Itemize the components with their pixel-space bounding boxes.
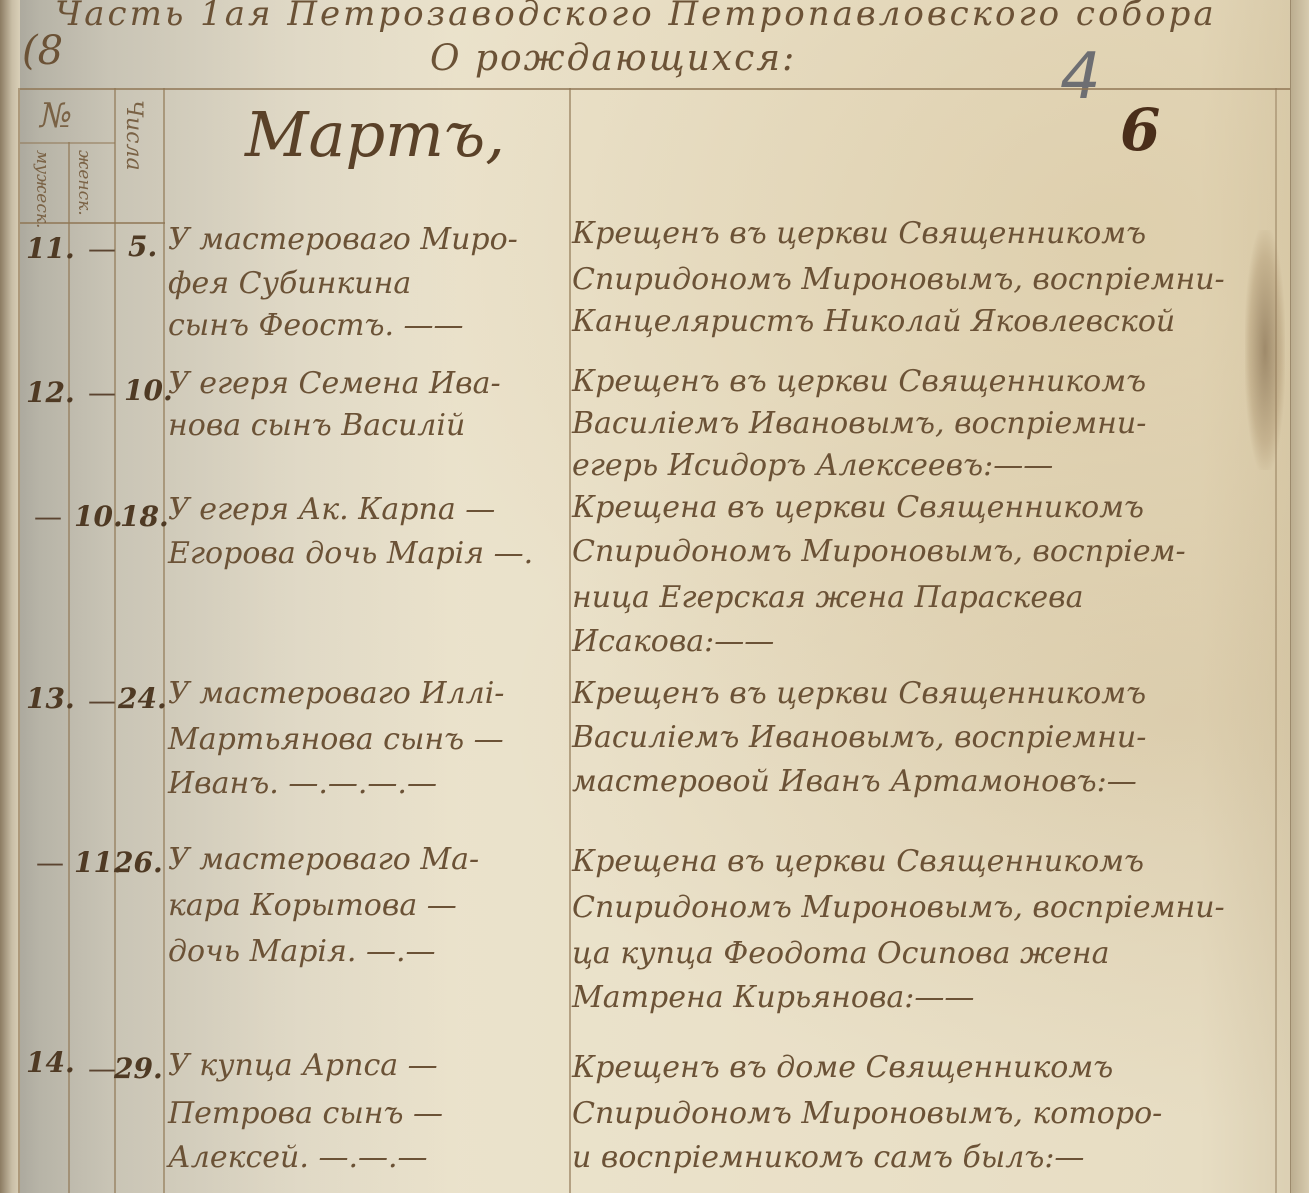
- birth-record-line: У мастероваго Иллі-: [168, 672, 504, 716]
- male-entry-number: 12.: [26, 376, 75, 409]
- male-entry-number: 11.: [26, 232, 75, 265]
- female-entry-number: 10.: [74, 500, 123, 533]
- birth-record-line: У мастероваго Миро-: [168, 218, 518, 262]
- birth-record-line: Петрова сынъ —: [168, 1092, 443, 1136]
- entry-day: 5.: [128, 230, 157, 263]
- column-rule-day: [163, 88, 165, 1193]
- document-page: Часть 1ая Петрозаводского Петропавловско…: [0, 0, 1309, 1193]
- column-rule-left: [18, 88, 20, 1193]
- column-header-males: мужеск.: [32, 150, 52, 228]
- birth-record-line: Иванъ. —.—.—.—: [168, 762, 437, 806]
- male-entry-number: 13.: [26, 682, 75, 715]
- birth-record-line: нова сынъ Василій: [168, 404, 465, 448]
- baptism-record-line: Спиридономъ Мироновымъ, воспріемни-: [572, 886, 1225, 930]
- baptism-record-line: Василіемъ Ивановымъ, воспріемни-: [572, 402, 1146, 446]
- baptism-record-line: Крещена въ церкви Священникомъ: [572, 840, 1144, 884]
- page-right-edge: [1290, 0, 1309, 1193]
- baptism-record-line: Крещенъ въ доме Священникомъ: [572, 1046, 1113, 1090]
- column-header-number: №: [40, 96, 72, 136]
- female-entry-number: —: [88, 1052, 116, 1085]
- baptism-record-line: ница Егерская жена Параскева: [572, 576, 1083, 620]
- male-entry-number: —: [36, 846, 64, 879]
- baptism-record-line: и воспріемникомъ самъ былъ:—: [572, 1136, 1084, 1180]
- baptism-record-line: Исакова:——: [572, 620, 774, 664]
- birth-record-line: Мартьянова сынъ —: [168, 718, 504, 762]
- male-entry-number: —: [34, 500, 62, 533]
- baptism-record-line: Крещенъ въ церкви Священникомъ: [572, 360, 1146, 404]
- birth-record-line: сынъ Феостъ. ——: [168, 304, 464, 348]
- baptism-record-line: Спиридономъ Мироновымъ, воспріем-: [572, 530, 1186, 574]
- birth-record-line: У мастероваго Ма-: [168, 838, 479, 882]
- pencil-page-number: 4: [1060, 40, 1101, 114]
- birth-record-line: Алексей. —.—.—: [168, 1136, 428, 1180]
- baptism-record-line: ца купца Феодота Осипова жена: [572, 932, 1110, 976]
- margin-mark: (8: [22, 28, 63, 74]
- baptism-record-line: Крещенъ въ церкви Священникомъ: [572, 212, 1146, 256]
- baptism-record-line: мастеровой Иванъ Артамоновъ:—: [572, 760, 1137, 804]
- column-rule-male: [68, 142, 70, 1193]
- male-entry-number: 14.: [26, 1046, 75, 1079]
- birth-record-line: кара Корытова —: [168, 884, 457, 928]
- birth-record-line: Егорова дочь Марія —.: [168, 532, 533, 576]
- birth-record-line: У егеря Семена Ива-: [168, 362, 501, 406]
- birth-record-line: дочь Марія. —.—: [168, 930, 435, 974]
- column-header-day: Числа: [121, 100, 146, 171]
- baptism-record-line: егерь Исидоръ Алексеевъ:——: [572, 444, 1053, 488]
- column-rule-right: [1275, 88, 1277, 1193]
- female-entry-number: —: [88, 684, 116, 717]
- header-rule: [20, 88, 1290, 90]
- entry-day: 26.: [114, 846, 163, 879]
- entry-day: 24.: [118, 682, 167, 715]
- register-title: Часть 1ая Петрозаводского Петропавловско…: [55, 0, 1217, 34]
- baptism-record-line: Спиридономъ Мироновымъ, воспріемни-: [572, 258, 1225, 302]
- water-stain: [1245, 230, 1285, 470]
- month-heading: Мартъ,: [245, 98, 505, 171]
- entry-day: 29.: [114, 1052, 163, 1085]
- book-binding: [0, 0, 20, 1193]
- female-entry-number: —: [88, 232, 116, 265]
- birth-record-line: У егеря Ак. Карпа —: [168, 488, 495, 532]
- folio-number: 6: [1120, 96, 1160, 164]
- baptism-record-line: Спиридономъ Мироновымъ, которо-: [572, 1092, 1162, 1136]
- female-entry-number: —: [88, 376, 116, 409]
- entry-day: 10.: [124, 374, 173, 407]
- baptism-record-line: Василіемъ Ивановымъ, воспріемни-: [572, 716, 1146, 760]
- column-rule-birth: [569, 88, 571, 1193]
- baptism-record-line: Крещенъ въ церкви Священникомъ: [572, 672, 1146, 716]
- birth-record-line: фея Субинкина: [168, 262, 411, 306]
- column-header-females: женск.: [74, 150, 94, 216]
- baptism-record-line: Крещена въ церкви Священникомъ: [572, 486, 1144, 530]
- birth-record-line: У купца Арпса —: [168, 1044, 438, 1088]
- register-section-title: О рождающихся:: [430, 38, 796, 79]
- entry-day: 18.: [120, 500, 169, 533]
- baptism-record-line: Канцеляристъ Николай Яковлевской: [572, 300, 1175, 344]
- baptism-record-line: Матрена Кирьянова:——: [572, 976, 974, 1020]
